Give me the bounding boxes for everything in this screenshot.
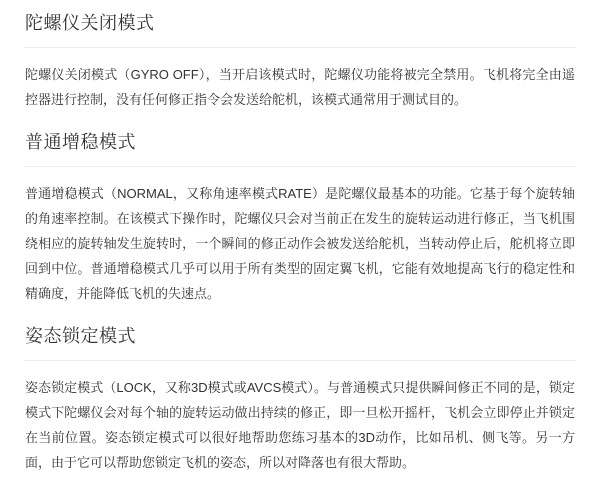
section-body-gyro-off-mode: 陀螺仪关闭模式（GYRO OFF），当开启该模式时，陀螺仪功能将被完全禁用。飞机…	[25, 62, 575, 112]
article-page: 陀螺仪关闭模式 陀螺仪关闭模式（GYRO OFF），当开启该模式时，陀螺仪功能将…	[0, 0, 600, 480]
section-normal-mode: 普通增稳模式 普通增稳模式（NORMAL，又称角速率模式RATE）是陀螺仪最基本…	[25, 130, 575, 306]
section-body-lock-mode: 姿态锁定模式（LOCK，又称3D模式或AVCS模式）。与普通模式只提供瞬间修正不…	[25, 375, 575, 475]
section-lock-mode: 姿态锁定模式 姿态锁定模式（LOCK，又称3D模式或AVCS模式）。与普通模式只…	[25, 324, 575, 475]
section-body-normal-mode: 普通增稳模式（NORMAL，又称角速率模式RATE）是陀螺仪最基本的功能。它基于…	[25, 181, 575, 306]
section-gyro-off-mode: 陀螺仪关闭模式 陀螺仪关闭模式（GYRO OFF），当开启该模式时，陀螺仪功能将…	[25, 11, 575, 112]
section-title-normal-mode: 普通增稳模式	[25, 130, 575, 167]
section-title-gyro-off-mode: 陀螺仪关闭模式	[25, 11, 575, 48]
section-title-lock-mode: 姿态锁定模式	[25, 324, 575, 361]
